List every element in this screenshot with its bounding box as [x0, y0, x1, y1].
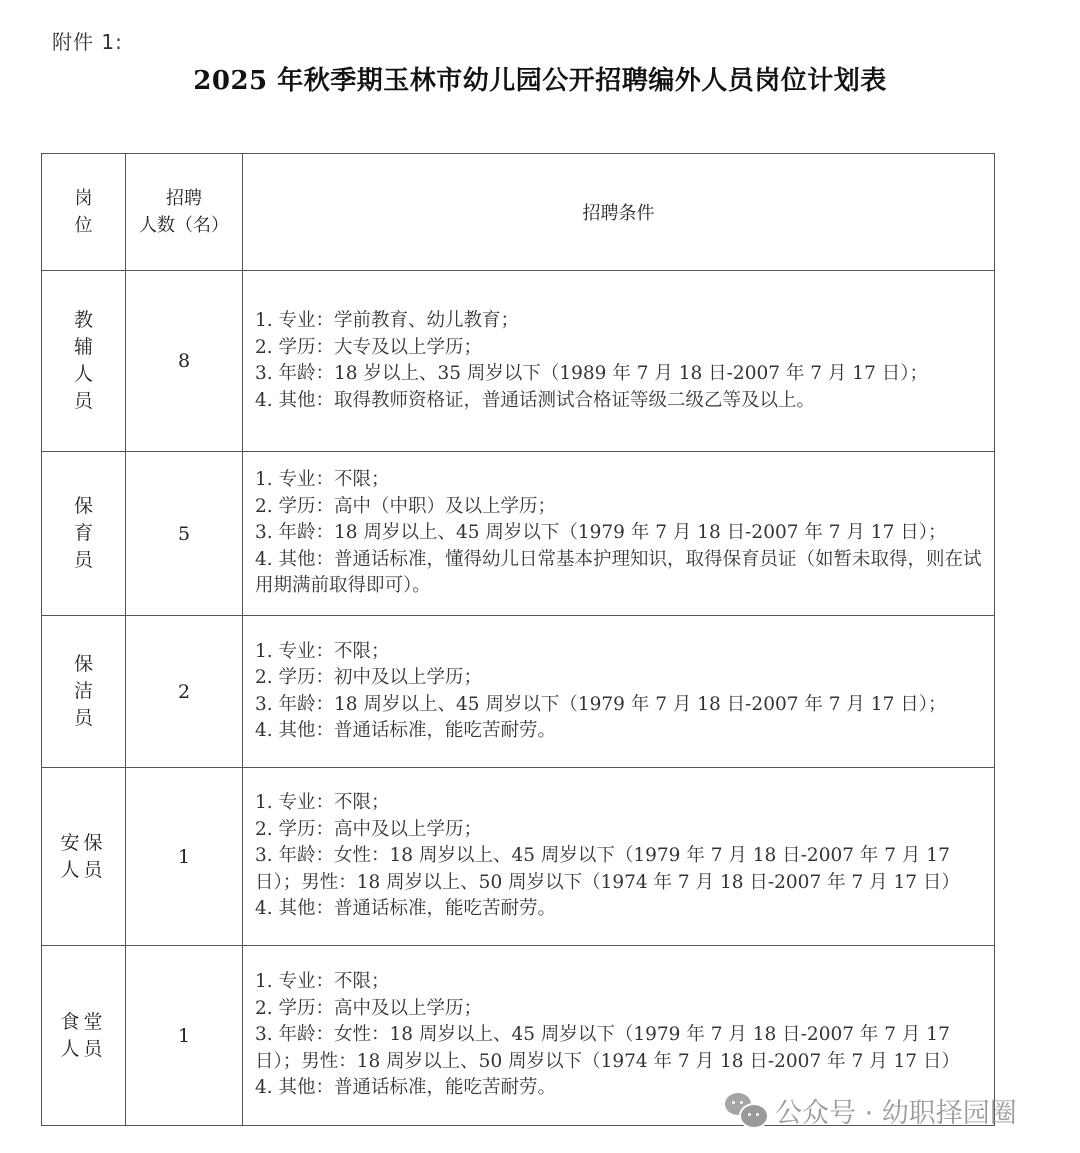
- watermark-text: 公众号 · 幼职择园圈: [775, 1091, 1017, 1130]
- count-cell: 5: [126, 452, 243, 616]
- attachment-label: 附件 1:: [52, 26, 123, 55]
- requirement-line: 4. 其他：普通话标准，懂得幼儿日常基本护理知识，取得保育员证（如暂未取得，则在…: [255, 547, 984, 600]
- count-cell: 8: [126, 271, 243, 452]
- post-cell: 保育员: [42, 452, 126, 616]
- count-cell: 1: [126, 946, 243, 1126]
- requirements-cell: 1. 专业：不限； 2. 学历：高中（中职）及以上学历； 3. 年龄：18 周岁…: [243, 452, 995, 616]
- requirement-line: 4. 其他：取得教师资格证，普通话测试合格证等级二级乙等及以上。: [255, 388, 984, 415]
- wechat-icon: [725, 1093, 767, 1127]
- count-cell: 2: [126, 616, 243, 768]
- wechat-watermark: 公众号 · 幼职择园圈: [725, 1088, 1017, 1132]
- header-count: 招聘 人数（名）: [126, 154, 243, 271]
- requirement-line: 3. 年龄：18 岁以上、35 周岁以下（1989 年 7 月 18 日-200…: [255, 361, 984, 388]
- header-post-label: 岗位: [74, 185, 94, 239]
- requirement-line: 2. 学历：高中（中职）及以上学历；: [255, 494, 984, 521]
- post-name: 食堂人员: [60, 1009, 108, 1063]
- requirements-cell: 1. 专业：学前教育、幼儿教育； 2. 学历：大专及以上学历； 3. 年龄：18…: [243, 271, 995, 452]
- table-row: 安保人员 1 1. 专业：不限； 2. 学历：高中及以上学历； 3. 年龄：女性…: [42, 768, 995, 946]
- count-cell: 1: [126, 768, 243, 946]
- requirement-line: 1. 专业：不限；: [255, 467, 984, 494]
- requirements-cell: 1. 专业：不限； 2. 学历：初中及以上学历； 3. 年龄：18 周岁以上、4…: [243, 616, 995, 768]
- header-count-line2: 人数（名）: [139, 212, 229, 239]
- requirement-line: 3. 年龄：18 周岁以上、45 周岁以下（1979 年 7 月 18 日-20…: [255, 520, 984, 547]
- requirement-line: 1. 专业：不限；: [255, 969, 984, 996]
- requirement-line: 2. 学历：大专及以上学历；: [255, 335, 984, 362]
- post-name: 安保人员: [60, 830, 108, 884]
- requirement-line: 3. 年龄：18 周岁以上、45 周岁以下（1979 年 7 月 18 日-20…: [255, 692, 984, 719]
- requirement-line: 2. 学历：初中及以上学历；: [255, 665, 984, 692]
- requirement-line: 1. 专业：不限；: [255, 790, 984, 817]
- requirement-line: 3. 年龄：女性：18 周岁以上、45 周岁以下（1979 年 7 月 18 日…: [255, 1022, 984, 1075]
- recruitment-plan-table: 岗位 招聘 人数（名） 招聘条件 教辅人员 8 1. 专业：学前教育、幼儿教育；…: [41, 153, 995, 1126]
- post-name: 保洁员: [74, 651, 94, 732]
- header-post: 岗位: [42, 154, 126, 271]
- requirement-line: 1. 专业：学前教育、幼儿教育；: [255, 308, 984, 335]
- requirements-cell: 1. 专业：不限； 2. 学历：高中及以上学历； 3. 年龄：女性：18 周岁以…: [243, 768, 995, 946]
- requirement-line: 1. 专业：不限；: [255, 639, 984, 666]
- table-row: 教辅人员 8 1. 专业：学前教育、幼儿教育； 2. 学历：大专及以上学历； 3…: [42, 271, 995, 452]
- post-cell: 食堂人员: [42, 946, 126, 1126]
- table-header-row: 岗位 招聘 人数（名） 招聘条件: [42, 154, 995, 271]
- table-row: 保育员 5 1. 专业：不限； 2. 学历：高中（中职）及以上学历； 3. 年龄…: [42, 452, 995, 616]
- requirement-line: 4. 其他：普通话标准，能吃苦耐劳。: [255, 718, 984, 745]
- header-requirements: 招聘条件: [243, 154, 995, 271]
- header-count-line1: 招聘: [139, 185, 229, 212]
- requirement-line: 2. 学历：高中及以上学历；: [255, 996, 984, 1023]
- requirement-line: 3. 年龄：女性：18 周岁以上、45 周岁以下（1979 年 7 月 18 日…: [255, 843, 984, 896]
- post-name: 保育员: [74, 493, 94, 574]
- document-title: 2025 年秋季期玉林市幼儿园公开招聘编外人员岗位计划表: [0, 60, 1080, 97]
- post-cell: 教辅人员: [42, 271, 126, 452]
- requirement-line: 4. 其他：普通话标准，能吃苦耐劳。: [255, 896, 984, 923]
- post-cell: 保洁员: [42, 616, 126, 768]
- table-row: 保洁员 2 1. 专业：不限； 2. 学历：初中及以上学历； 3. 年龄：18 …: [42, 616, 995, 768]
- post-name: 教辅人员: [74, 307, 94, 415]
- requirement-line: 2. 学历：高中及以上学历；: [255, 817, 984, 844]
- post-cell: 安保人员: [42, 768, 126, 946]
